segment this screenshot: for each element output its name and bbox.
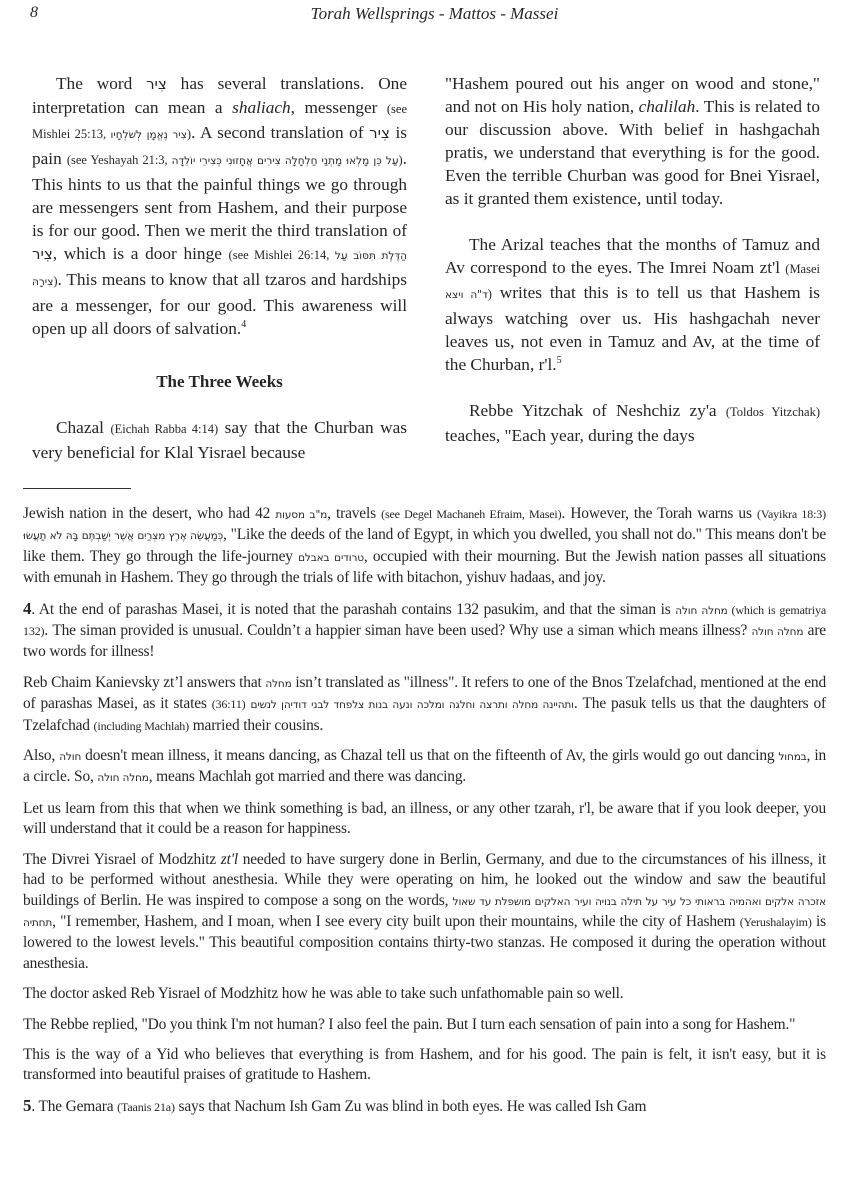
running-title: Torah Wellsprings - Mattos - Massei [0, 4, 849, 24]
footnote-also: Also, חולה doesn't mean illness, it mean… [23, 746, 826, 789]
right-column: "Hashem poured out his anger on wood and… [445, 72, 820, 447]
footnotes-section: Jewish nation in the desert, who had 42 … [23, 504, 826, 1127]
paragraph-chazal: Chazal (Eichah Rabba 4:14) say that the … [32, 416, 407, 464]
footnote-doctor: The doctor asked Reb Yisrael of Modzhitz… [23, 984, 826, 1004]
source-citation: (see Yeshayah 21:3, [67, 153, 172, 167]
footnote-kanievsky: Reb Chaim Kanievsky zt’l answers that מח… [23, 673, 826, 736]
footnote-divider [23, 488, 131, 489]
footnote-4: 4. At the end of parashas Masei, it is n… [23, 599, 826, 663]
footnote-5: 5. The Gemara (Taanis 21a) says that Nac… [23, 1096, 826, 1117]
footnote-ref-4[interactable]: 4 [241, 319, 246, 330]
paragraph-hashem-poured: "Hashem poured out his anger on wood and… [445, 72, 820, 210]
paragraph-neshchiz: Rebbe Yitzchak of Neshchiz zy'a (Toldos … [445, 399, 820, 447]
source-citation: (Toldos Yitzchak) [726, 405, 820, 419]
hebrew-tzir: צִיר [146, 75, 167, 93]
paragraph-tzir-translations: The word צִיר has several translations. … [32, 72, 407, 340]
footnote-way-of-yid: This is the way of a Yid who believes th… [23, 1045, 826, 1086]
section-heading: The Three Weeks [32, 370, 407, 393]
footnote-ref-5[interactable]: 5 [557, 355, 562, 366]
footnote-learn: Let us learn from this that when we thin… [23, 799, 826, 840]
page-header: 8 Torah Wellsprings - Mattos - Massei [0, 0, 849, 30]
footnote-rebbe-replied: The Rebbe replied, "Do you think I'm not… [23, 1015, 826, 1035]
source-citation: (see Mishlei 26:14, [229, 248, 335, 262]
source-citation: (Eichah Rabba 4:14) [110, 422, 218, 436]
footnote-divrei-yisrael: The Divrei Yisrael of Modzhitz zt'l need… [23, 850, 826, 974]
paragraph-arizal: The Arizal teaches that the months of Ta… [445, 233, 820, 376]
footnote-continuation: Jewish nation in the desert, who had 42 … [23, 504, 826, 589]
left-column: The word צִיר has several translations. … [32, 72, 407, 464]
source-citation: (Masei [785, 262, 820, 276]
